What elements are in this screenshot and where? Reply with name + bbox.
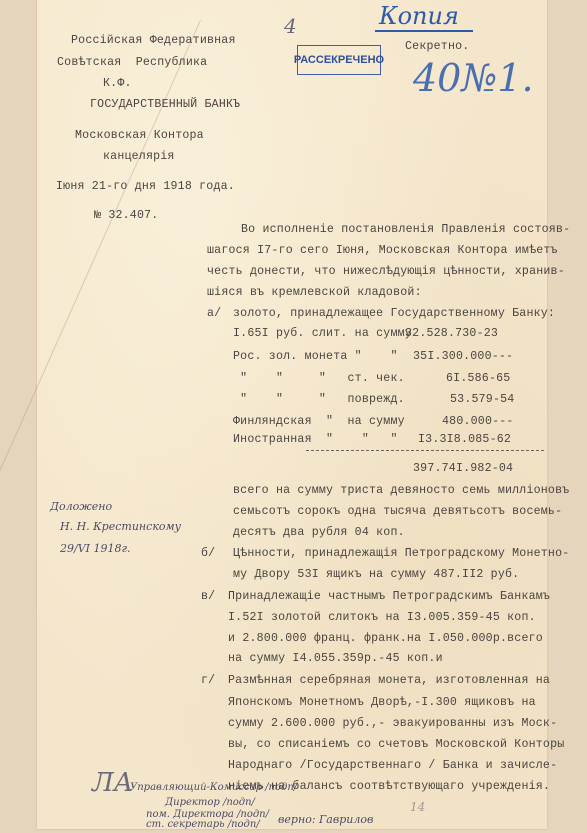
gold-row-label: Финляндская " на сумму — [233, 415, 405, 428]
margin-note-line: Н. Н. Крестинскому — [60, 520, 181, 533]
item-b-line: му Двору 53І ящикъ на сумму 487.ІІ2 руб. — [233, 568, 519, 581]
gold-row-amount: 6І.586-65 — [446, 372, 510, 385]
gold-row-label: І.65І руб. слит. на сумму — [233, 327, 412, 340]
gold-total: 397.74І.982-04 — [413, 462, 513, 475]
document-number: № 32.407. — [94, 209, 158, 222]
gold-row-amount: 53.579-54 — [450, 393, 514, 406]
header-line-3: К.Ф. — [103, 77, 132, 90]
margin-note-line: Доложено — [50, 500, 112, 513]
header-line-2: Совѣтская Республика — [57, 56, 207, 69]
gold-row-label: Рос. зол. монета " " — [233, 350, 398, 363]
header-chancery: канцелярія — [103, 150, 175, 163]
intro-line: шіяся въ кремлевской кладовой: — [207, 286, 422, 299]
item-b-marker: б/ — [201, 547, 215, 560]
item-g-line: сумму 2.600.000 руб.,- эвакуированны изъ… — [228, 717, 557, 730]
signature-line: Директор /подп/ — [165, 797, 255, 808]
margin-note-date: 29/VI 1918г. — [60, 542, 131, 555]
item-g-line: Размѣнная серебряная монета, изготовленн… — [228, 674, 550, 687]
item-v-line: и 2.800.000 франц. франк.на І.050.000р.в… — [228, 632, 543, 645]
secret-label: Секретно. — [405, 40, 469, 53]
total-words-line: всего на сумму триста девяносто семь мил… — [233, 484, 569, 497]
item-g-line: Народнаго /Государственнаго / Банка и за… — [228, 759, 557, 772]
gold-row-amount: І3.3І8.085-62 — [418, 433, 511, 446]
total-words-line: десятъ два рубля 04 коп. — [233, 526, 405, 539]
gold-row-label: " " " поврежд. — [233, 393, 405, 406]
initials-mark: ЛА — [92, 768, 133, 798]
sum-divider — [306, 450, 544, 451]
header-office: Московская Контора — [75, 129, 204, 142]
handwritten-copy-mark: Копия — [375, 2, 473, 32]
intro-line: шагося І7-го сего Іюня, Московская Конто… — [207, 244, 558, 257]
gold-row-amount: 35І.300.000--- — [413, 350, 513, 363]
item-g-marker: г/ — [201, 674, 215, 687]
total-words-line: семьсотъ сорокъ одна тысяча девятьсотъ в… — [233, 505, 562, 518]
item-a-text: золото, принадлежащее Государственному Б… — [233, 307, 555, 320]
certified-signature: верно: Гаврилов — [278, 813, 373, 826]
declassified-stamp: РАССЕКРЕЧЕНО — [297, 45, 381, 75]
item-v-line: І.52І золотой слитокъ на І3.005.359-45 к… — [228, 611, 536, 624]
archive-number: 40№1. — [413, 56, 534, 100]
item-v-line: Принадлежащіе частнымъ Петроградскимъ Ба… — [228, 590, 550, 603]
intro-line: честь донести, что нижеслѣдующія цѣнност… — [207, 265, 565, 278]
bank-name: ГОСУДАРСТВЕННЫЙ БАНКЪ — [90, 98, 240, 111]
item-g-line: Японскомъ Монетномъ Дворѣ,-І.300 ящиковъ… — [228, 696, 536, 709]
signature-line: ст. секретарь /подп/ — [146, 819, 260, 830]
item-v-marker: в/ — [201, 590, 215, 603]
header-line-1: Россійская Федеративная — [71, 34, 236, 47]
item-v-line: на сумму І4.055.359р.-45 коп.и — [228, 652, 443, 665]
gold-row-amount: 32.528.730-23 — [405, 327, 498, 340]
intro-line: Во исполненіе постановленія Правленія со… — [241, 223, 570, 236]
signature-line: Управляющий-Комиссар /подп/ — [130, 782, 297, 793]
gold-row-amount: 480.000--- — [442, 415, 514, 428]
item-b-line: Цѣнности, принадлежащія Петроградскому М… — [233, 547, 569, 560]
pencil-number-top: 4 — [284, 14, 297, 38]
item-a-marker: а/ — [207, 307, 221, 320]
pencil-mark: 14 — [410, 800, 425, 814]
item-g-line: вы, со списаніемъ со счетовъ Московской … — [228, 738, 564, 751]
gold-row-label: Иностранная " " " — [233, 433, 398, 446]
gold-row-label: " " " ст. чек. — [233, 372, 405, 385]
document-date: Іюня 21-го дня 1918 года. — [56, 180, 235, 193]
